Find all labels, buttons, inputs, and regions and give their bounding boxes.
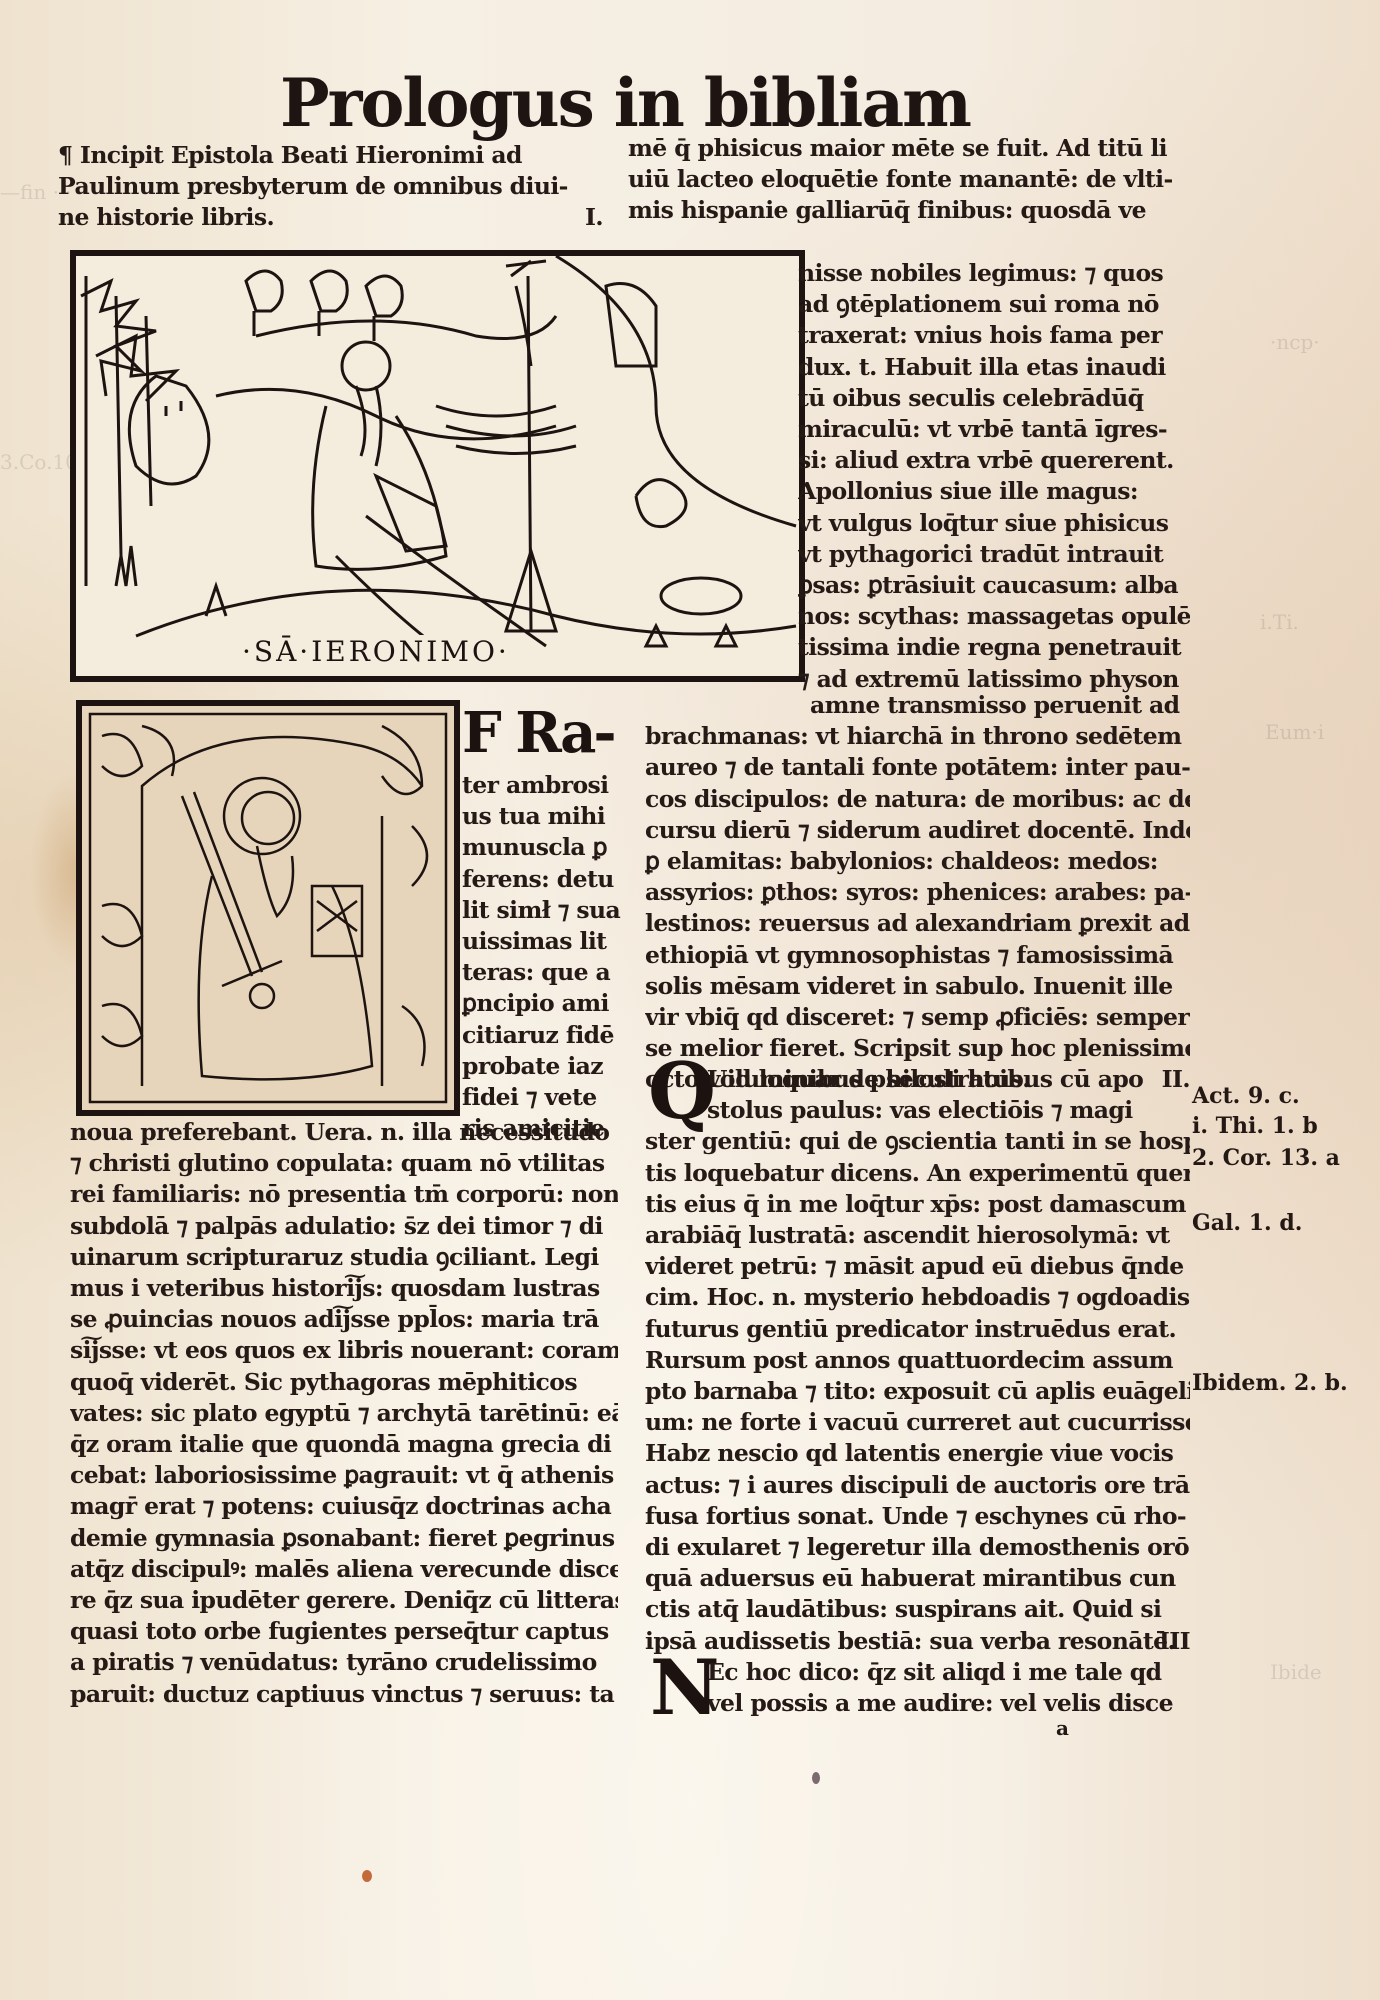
text-line: ꝑsas: ꝑtrāsiuit caucasum: alba <box>798 570 1190 601</box>
text-line: cos discipulos: de natura: de moribus: a… <box>645 784 1190 815</box>
text-line: tissima indie regna penetrauit <box>798 632 1190 663</box>
left-column-beside-cut: ter ambrosi us tua mihi munuscla ꝑ feren… <box>462 770 622 1144</box>
text-line: stolus paulus: vas electiōis ⁊ magi <box>645 1095 1190 1126</box>
text-line: Habz nescio qd latentis energie viue voc… <box>645 1438 1190 1469</box>
text-line: vt vulgus loq̄tur siue phisicus <box>798 508 1190 539</box>
text-line: subdolā ⁊ palpās adulatio: s̄z dei timor… <box>70 1211 618 1242</box>
marginal-reference: Act. 9. c. <box>1192 1083 1372 1109</box>
text-line: mus i veteribus histori͠js: quosdam lust… <box>70 1273 618 1304</box>
show-through-text: Ibide <box>1270 1660 1322 1684</box>
text-line: dux. t. Habuit illa etas inaudi <box>798 352 1190 383</box>
chapter-number: I. <box>585 202 603 233</box>
text-line: ad ꝯtēplationem sui roma nō <box>798 289 1190 320</box>
text-line: Uid loquar de seculi hoibus cū apo <box>645 1064 1190 1095</box>
right-column-lower: amne transmisso peruenit ad brachmanas: … <box>645 690 1190 1096</box>
text-line: teras: que a <box>462 957 622 988</box>
text-line: ferens: detu <box>462 864 622 895</box>
right-column-top: mē q̄ phisicus maior mēte se fuit. Ad ti… <box>628 133 1188 227</box>
text-line: paruit: ductuz captiuus vinctus ⁊ seruus… <box>70 1679 618 1710</box>
rust-spot <box>362 1870 372 1882</box>
text-line: q̄z oram italie que quondā magna grecia … <box>70 1429 618 1460</box>
text-line: amne transmisso peruenit ad <box>645 690 1190 721</box>
left-column-main: noua preferebant. Uera. n. illa necessit… <box>70 1117 618 1710</box>
signature-mark: a <box>1056 1716 1069 1740</box>
text-line: ꝑ elamitas: babylonios: chaldeos: medos: <box>645 846 1190 877</box>
text-line: brachmanas: vt hiarchā in throno sedētem <box>645 721 1190 752</box>
text-line: uinarum scripturaruz studia ꝯciliant. Le… <box>70 1242 618 1273</box>
text-line: us tua mihi <box>462 801 622 832</box>
text-line: vir vbiq̄ qd disceret: ⁊ semp ꝓficiēs: s… <box>645 1002 1190 1033</box>
text-line: miraculū: vt vrbē tantā īgres- <box>798 414 1190 445</box>
incipit-line: Paulinum presbyterum de omnibus diui- <box>58 171 603 202</box>
saint-jerome-woodcut-icon <box>76 256 799 676</box>
text-line: uiū lacteo eloquētie fonte manantē: de v… <box>628 164 1188 195</box>
saint-paul-woodcut <box>76 700 460 1116</box>
text-line: assyrios: ꝑthos: syros: phenices: arabes… <box>645 877 1190 908</box>
text-line: Apollonius siue ille magus: <box>798 476 1190 507</box>
text-line: rei familiaris: nō presentia tm̄ corporū… <box>70 1179 618 1210</box>
marginal-reference: Ibidem. 2. b. <box>1192 1370 1372 1396</box>
incipit-heading: ¶ Incipit Epistola Beati Hieronimi ad Pa… <box>58 140 603 234</box>
text-line: lestinos: reuersus ad alexandriam ꝑrexit… <box>645 908 1190 939</box>
woodcut-caption: ·SĀ·IERONIMO· <box>236 635 516 668</box>
text-line: nisse nobiles legimus: ⁊ quos <box>798 258 1190 289</box>
saint-jerome-woodcut: ·SĀ·IERONIMO· <box>70 250 805 682</box>
text-line: ipsā audissetis bestiā: sua verba resonā… <box>645 1626 1190 1657</box>
text-line: citiaruz fidē <box>462 1020 622 1051</box>
show-through-text: ·ncp· <box>1270 330 1320 354</box>
text-line: ꝑncipio ami <box>462 988 622 1019</box>
marginal-reference: 2. Cor. 13. a <box>1192 1145 1372 1171</box>
text-line: um: ne forte i vacuū curreret aut cucurr… <box>645 1407 1190 1438</box>
text-line: noua preferebant. Uera. n. illa necessit… <box>70 1117 618 1148</box>
text-line: nos: scythas: massagetas opulē <box>798 601 1190 632</box>
text-line: traxerat: vnius hois fama per <box>798 320 1190 351</box>
marginal-reference: Gal. 1. d. <box>1192 1210 1372 1236</box>
show-through-text: Eum·i <box>1265 720 1324 744</box>
text-line: si: aliud extra vrbē quererent. <box>798 445 1190 476</box>
text-line: se ꝓuincias nouos adi͠jsse ppl̄os: maria… <box>70 1304 618 1335</box>
text-line: ster gentiū: qui de ꝯscientia tanti in s… <box>645 1126 1190 1157</box>
text-line: cursu dierū ⁊ siderum audiret docentē. I… <box>645 815 1190 846</box>
incipit-line: ne historie libris. I. <box>58 202 603 233</box>
text-line: magr̄ erat ⁊ potens: cuiusq̄z doctrinas … <box>70 1491 618 1522</box>
text-line: vel possis a me audire: vel velis disce <box>645 1688 1190 1719</box>
saint-paul-historiated-initial-icon <box>82 706 454 1110</box>
text-line: videret petrū: ⁊ māsit apud eū diebus q̄… <box>645 1251 1190 1282</box>
text-line: ctis atq̄ laudātibus: suspirans ait. Qui… <box>645 1594 1190 1625</box>
text-line: mē q̄ phisicus maior mēte se fuit. Ad ti… <box>628 133 1188 164</box>
text-line: Ec hoc dico: q̄z sit aliqd i me tale qd <box>645 1657 1190 1688</box>
text-line: di exularet ⁊ legeretur illa demosthenis… <box>645 1532 1190 1563</box>
right-column-beside-cut: nisse nobiles legimus: ⁊ quos ad ꝯtēplat… <box>798 258 1190 695</box>
text-line: ⁊ christi glutino copulata: quam nō vtil… <box>70 1148 618 1179</box>
drop-cap-n: N <box>650 1650 719 1726</box>
initial-f-ra: F Ra- <box>462 700 614 766</box>
text-line: fusa fortius sonat. Unde ⁊ eschynes cū r… <box>645 1501 1190 1532</box>
text-line: si͠jsse: vt eos quos ex libris nouerant:… <box>70 1335 618 1366</box>
text-line: mis hispanie galliarūq̄ finibus: quosdā … <box>628 195 1188 226</box>
text-line: fidei ⁊ vete <box>462 1082 622 1113</box>
marginal-reference: i. Thi. 1. b <box>1192 1113 1372 1139</box>
show-through-text: i.Ti. <box>1260 610 1299 634</box>
text-line: arabiāq̄ lustratā: ascendit hierosolymā:… <box>645 1220 1190 1251</box>
section-number: III <box>1159 1626 1190 1657</box>
text-line: munuscla ꝑ <box>462 832 622 863</box>
text-line: quā aduersus eū habuerat mirantibus cun <box>645 1563 1190 1594</box>
text-line: pto barnaba ⁊ tito: exposuit cū aplis eu… <box>645 1376 1190 1407</box>
right-column-q-paragraph: Uid loquar de seculi hoibus cū apo stolu… <box>645 1064 1190 1719</box>
text-line: a piratis ⁊ venūdatus: tyrāno crudelissi… <box>70 1647 618 1678</box>
text-line: quoq̄ viderēt. Sic pythagoras mēphiticos <box>70 1367 618 1398</box>
text-line: se melior fieret. Scripsit sup hoc pleni… <box>645 1033 1190 1064</box>
text-line: probate iaz <box>462 1051 622 1082</box>
text-line: ethiopiā vt gymnosophistas ⁊ famosissimā <box>645 940 1190 971</box>
text-line: re q̄z sua ipudēter gerere. Deniq̄z cū l… <box>70 1585 618 1616</box>
text-line: atq̄z discipulꝰ: malēs aliena verecunde … <box>70 1554 618 1585</box>
text-line: demie gymnasia ꝑsonabant: fieret ꝑegrinu… <box>70 1523 618 1554</box>
text-line: vates: sic plato egyptū ⁊ archytā tarēti… <box>70 1398 618 1429</box>
text-line: solis mēsam videret in sabulo. Inuenit i… <box>645 971 1190 1002</box>
text-line: tis loquebatur dicens. An experimentū qu… <box>645 1158 1190 1189</box>
ink-spot <box>812 1772 820 1784</box>
text-line: aureo ⁊ de tantali fonte potātem: inter … <box>645 752 1190 783</box>
text-line: ter ambrosi <box>462 770 622 801</box>
text-line: cim. Hoc. n. mysterio hebdoadis ⁊ ogdoad… <box>645 1282 1190 1313</box>
text-line: futurus gentiū predicator instruēdus era… <box>645 1314 1190 1345</box>
incipit-line: ¶ Incipit Epistola Beati Hieronimi ad <box>58 140 603 171</box>
text-line: tū oibus seculis celebrādūq̄ <box>798 383 1190 414</box>
text-line: quasi toto orbe fugientes perseq̄tur cap… <box>70 1616 618 1647</box>
text-line: vt pythagorici tradūt intrauit <box>798 539 1190 570</box>
text-line: uissimas lit <box>462 926 622 957</box>
text-line: Rursum post annos quattuordecim assum <box>645 1345 1190 1376</box>
text-line: cebat: laboriosissime ꝑagrauit: vt q̄ at… <box>70 1460 618 1491</box>
text-line: lit simł ⁊ sua <box>462 895 622 926</box>
text-line: actus: ⁊ i aures discipuli de auctoris o… <box>645 1470 1190 1501</box>
text-line: tis eius q̄ in me loq̄tur xp̄s: post dam… <box>645 1189 1190 1220</box>
